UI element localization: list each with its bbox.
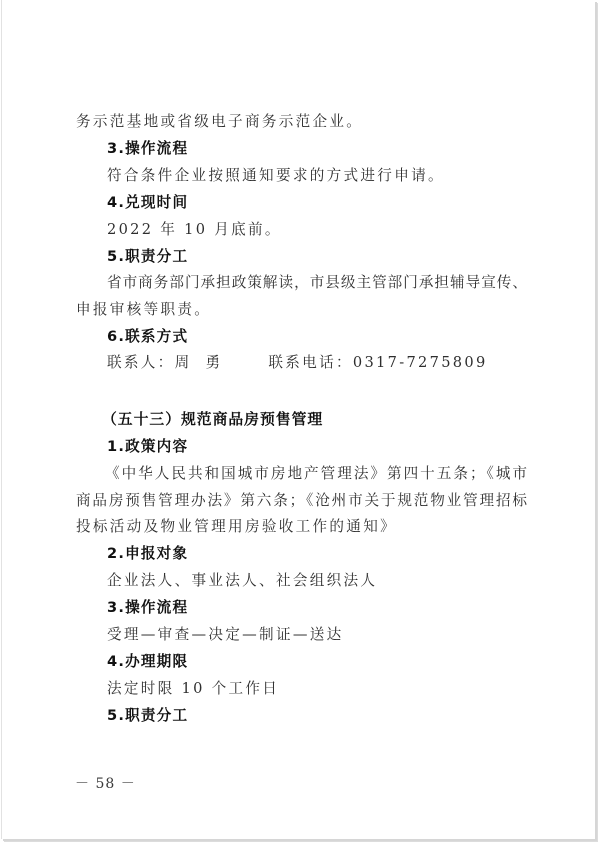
item-body-processing-period: 法定时限 10 个工作日 — [107, 679, 279, 699]
item-heading-processing-period: 4.办理期限 — [107, 652, 188, 672]
item-heading-responsibilities: 5.职责分工 — [107, 247, 188, 267]
item-body-policy-content-line3: 投标活动及物业管理用房验收工作的通知》 — [76, 517, 397, 537]
item-body-policy-content-line1: 《中华人民共和国城市房地产管理法》第四十五条；《城市 — [105, 464, 527, 484]
section-title: （五十三）规范商品房预售管理 — [102, 410, 323, 430]
item-body-responsibilities-line1: 省市商务部门承担政策解读，市县级主管部门承担辅导宣传、 — [107, 273, 527, 293]
item-body-operation-flow-2: 受理—审查—决定—制证—送达 — [107, 625, 344, 645]
item-body-redemption-time: 2022 年 10 月底前。 — [107, 220, 282, 240]
contact-phone: 0317-7275809 — [353, 354, 488, 371]
item-body-applicants: 企业法人、事业法人、社会组织法人 — [107, 571, 377, 591]
item-body-policy-content-line2: 商品房预售管理办法》第六条；《沧州市关于规范物业管理招标 — [76, 491, 527, 511]
page-number: － 58 － — [75, 773, 136, 793]
item-heading-applicants: 2.申报对象 — [107, 544, 188, 564]
item-body-responsibilities-line2: 申报审核等职责。 — [76, 300, 211, 320]
contact-person-given: 勇 — [205, 354, 222, 371]
continuation-text: 务示范基地或省级电子商务示范企业。 — [76, 112, 363, 132]
item-heading-operation-flow: 3.操作流程 — [107, 139, 188, 159]
item-heading-policy-content: 1.政策内容 — [107, 437, 188, 457]
contact-person-label: 联系人： — [107, 354, 175, 371]
item-heading-contact: 6.联系方式 — [107, 327, 188, 347]
item-heading-operation-flow-2: 3.操作流程 — [107, 598, 188, 618]
item-body-operation-flow: 符合条件企业按照通知要求的方式进行申请。 — [107, 166, 445, 186]
contact-line: 联系人：周勇联系电话：0317-7275809 — [107, 353, 488, 373]
document-page: 务示范基地或省级电子商务示范企业。 3.操作流程 符合条件企业按照通知要求的方式… — [1, 0, 595, 839]
contact-person-surname: 周 — [175, 354, 192, 371]
item-heading-responsibilities-2: 5.职责分工 — [107, 706, 188, 726]
contact-phone-label: 联系电话： — [268, 354, 352, 371]
item-heading-redemption-time: 4.兑现时间 — [107, 193, 188, 213]
